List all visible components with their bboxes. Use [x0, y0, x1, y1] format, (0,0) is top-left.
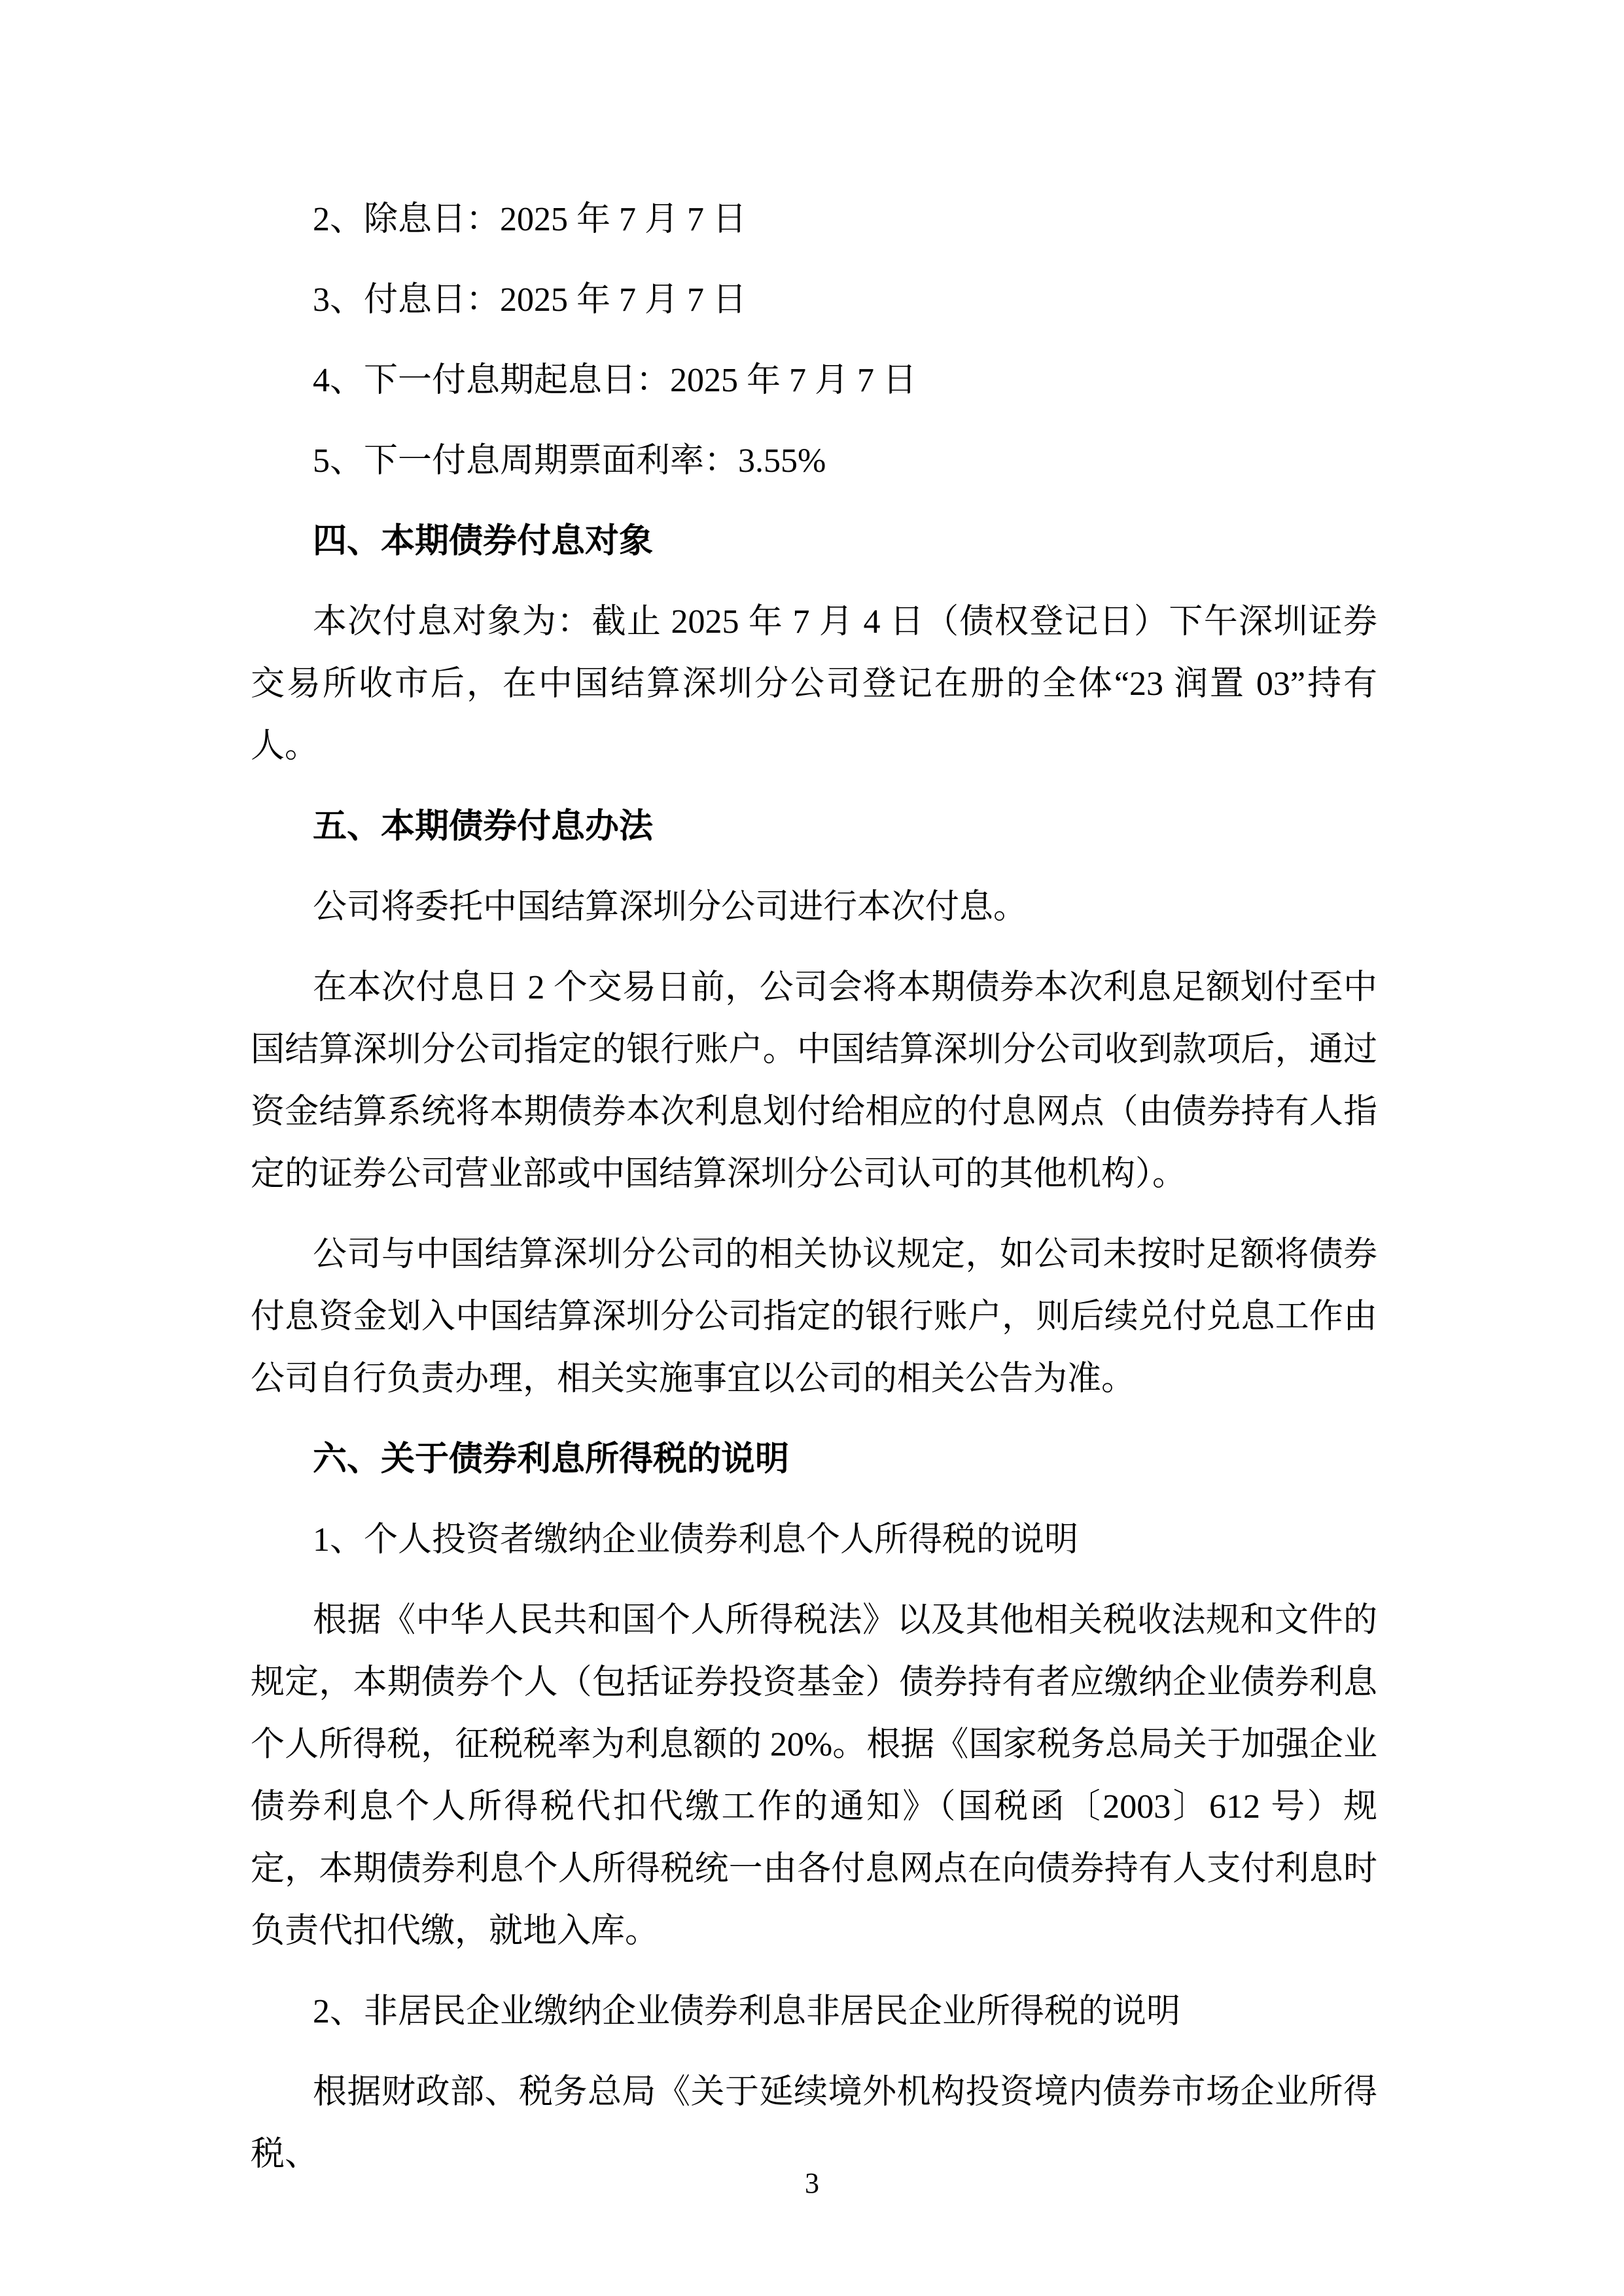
list-item-interest-payment-date: 3、付息日：2025 年 7 月 7 日 — [251, 269, 1377, 331]
list-item-individual-tax-note: 1、个人投资者缴纳企业债券利息个人所得税的说明 — [251, 1509, 1377, 1571]
section-heading-tax-notes: 六、关于债券利息所得税的说明 — [251, 1428, 1377, 1491]
paragraph-transfer-process: 在本次付息日 2 个交易日前，公司会将本期债券本次利息足额划付至中国结算深圳分公… — [251, 957, 1377, 1205]
section-heading-payment-target: 四、本期债券付息对象 — [251, 510, 1377, 573]
list-item-ex-dividend-date: 2、除息日：2025 年 7 月 7 日 — [251, 188, 1377, 251]
page-number: 3 — [805, 2167, 819, 2199]
list-item-next-coupon-rate: 5、下一付息周期票面利率：3.55% — [251, 430, 1377, 492]
page-footer: 3 — [0, 2167, 1624, 2200]
paragraph-entrust-csdc: 公司将委托中国结算深圳分公司进行本次付息。 — [251, 876, 1377, 938]
section-heading-payment-method: 五、本期债券付息办法 — [251, 796, 1377, 858]
paragraph-agreement-terms: 公司与中国结算深圳分公司的相关协议规定，如公司未按时足额将债券付息资金划入中国结… — [251, 1224, 1377, 1410]
document-body: 2、除息日：2025 年 7 月 7 日 3、付息日：2025 年 7 月 7 … — [251, 188, 1377, 2204]
list-item-nonresident-tax-note: 2、非居民企业缴纳企业债券利息非居民企业所得税的说明 — [251, 1981, 1377, 2043]
paragraph-individual-tax-detail: 根据《中华人民共和国个人所得税法》以及其他相关税收法规和文件的规定，本期债券个人… — [251, 1589, 1377, 1962]
document-page: 2、除息日：2025 年 7 月 7 日 3、付息日：2025 年 7 月 7 … — [0, 0, 1624, 2296]
list-item-next-period-start-date: 4、下一付息期起息日：2025 年 7 月 7 日 — [251, 349, 1377, 412]
paragraph-payment-target: 本次付息对象为：截止 2025 年 7 月 4 日（债权登记日）下午深圳证券交易… — [251, 591, 1377, 777]
